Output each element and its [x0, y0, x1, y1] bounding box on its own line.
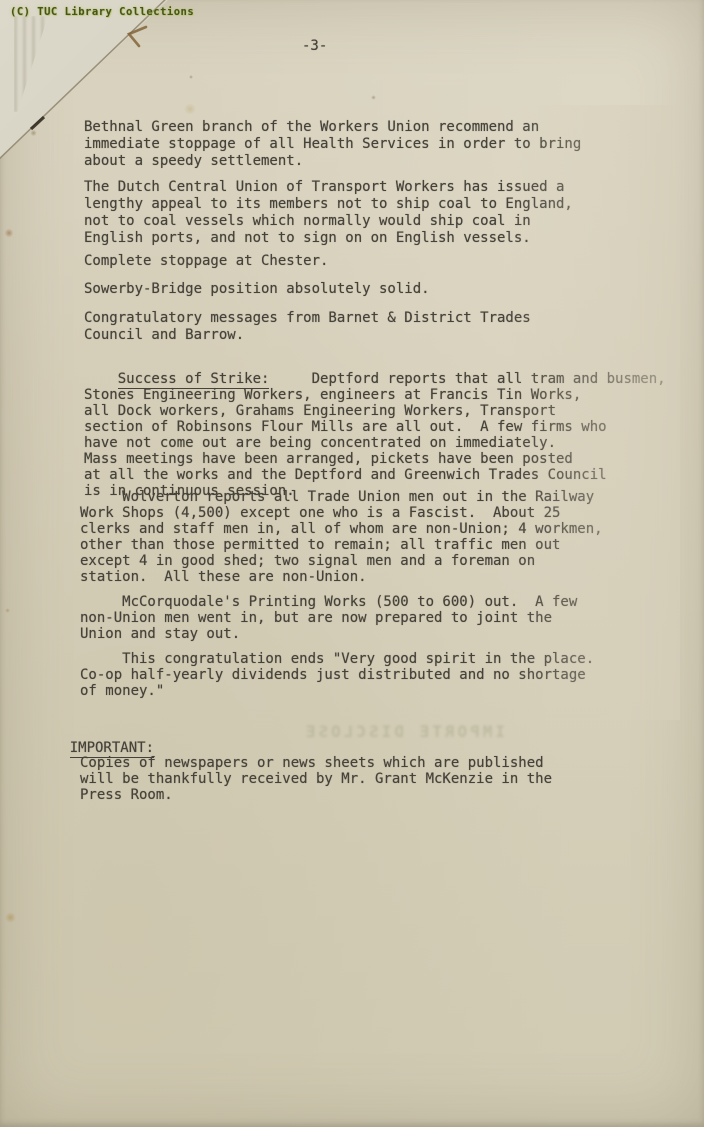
paragraph-bethnal-green: Bethnal Green branch of the Workers Unio… [84, 119, 581, 170]
document-page: (C) TUC Library Collections -3- Bethnal … [0, 0, 704, 1127]
bleed-through-text: IMPORTE DISCLOSE [225, 722, 505, 741]
stain-spot [5, 608, 10, 613]
copyright-watermark: (C) TUC Library Collections [10, 6, 194, 18]
paragraph-mccorquodale: McCorquodale's Printing Works (500 to 60… [80, 594, 577, 642]
paragraph-dutch-union: The Dutch Central Union of Transport Wor… [84, 179, 573, 247]
stain-spot [5, 912, 16, 923]
stain-spot [371, 95, 376, 100]
success-body: Deptford reports that all tram and busme… [84, 371, 666, 499]
paragraph-congratulation-quote: This congratulation ends "Very good spir… [80, 651, 594, 699]
paragraph-wolverton: Wolverton reports all Trade Union men ou… [80, 489, 603, 585]
paragraph-congratulatory-messages: Congratulatory messages from Barnet & Di… [84, 310, 531, 344]
page-number: -3- [302, 38, 327, 55]
paragraph-chester: Complete stoppage at Chester. [84, 253, 328, 270]
paragraph-press-room: Copies of newspapers or news sheets whic… [80, 755, 552, 803]
pen-tick-mark [129, 27, 146, 46]
paragraph-sowerby-bridge: Sowerby-Bridge position absolutely solid… [84, 281, 430, 298]
